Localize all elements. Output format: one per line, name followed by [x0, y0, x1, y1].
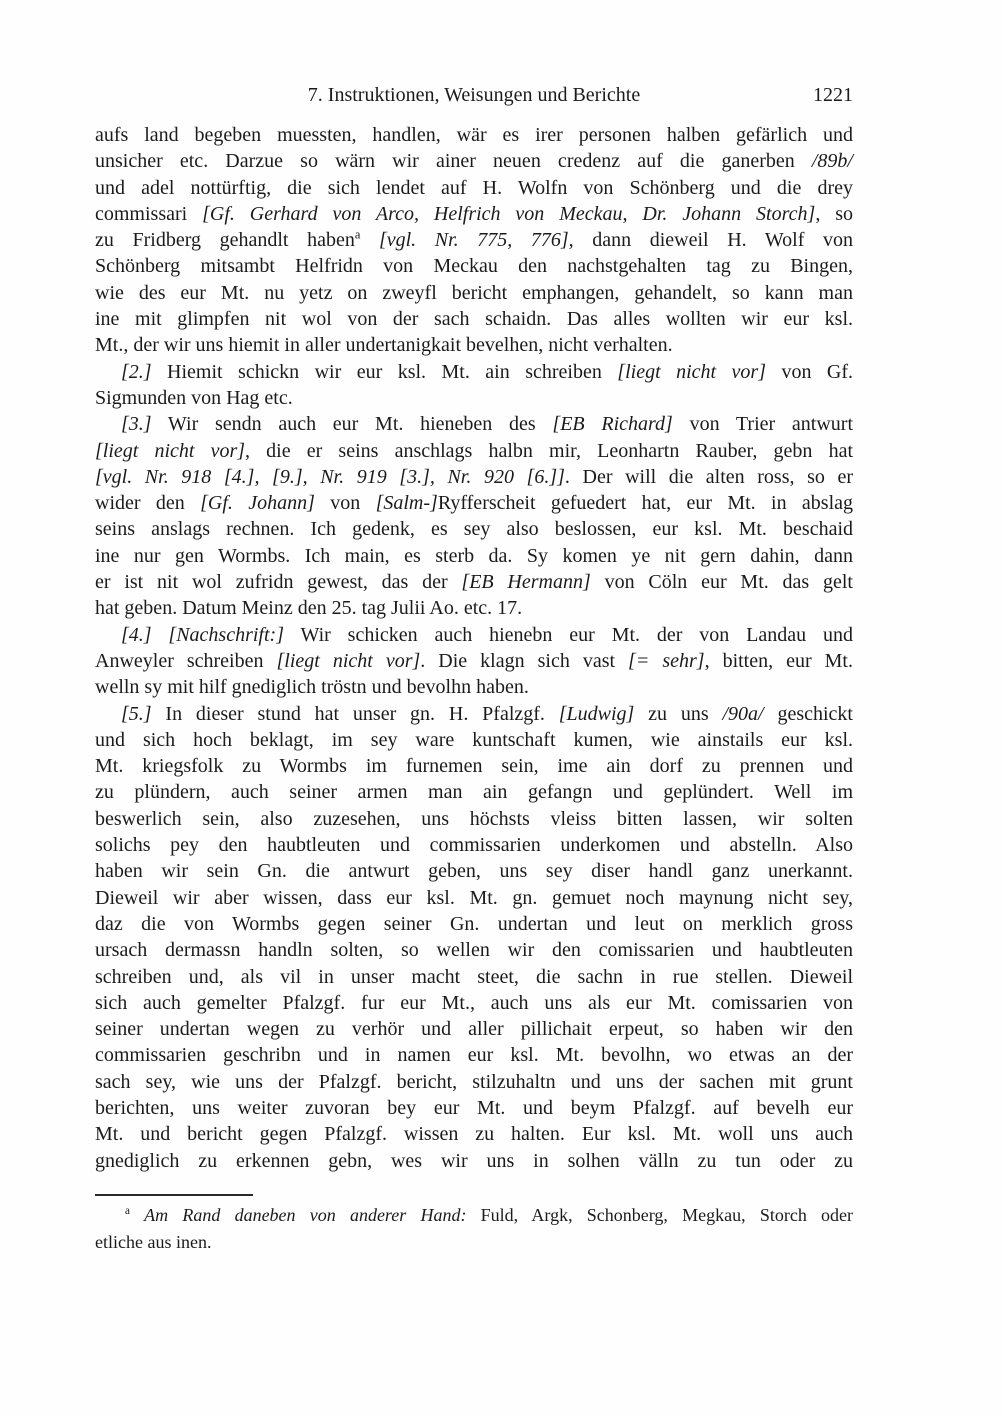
text-line: hat geben. Datum Meinz den 25. tag Julii…: [95, 595, 853, 621]
text-line: Mt., der wir uns hiemit in aller underta…: [95, 332, 853, 358]
text-line: Sigmunden von Hag etc.: [95, 385, 853, 411]
text-line: Anweyler schreiben [liegt nicht vor]. Di…: [95, 648, 853, 674]
text-line: ine mit glimpfen nit wol von der sach sc…: [95, 306, 853, 332]
text-line: Mt. kriegsfolk zu Wormbs im furnemen sei…: [95, 753, 853, 779]
text-line: [3.] Wir sendn auch eur Mt. hieneben des…: [95, 411, 853, 437]
text-line: sach sey, wie uns der Pfalzgf. bericht, …: [95, 1069, 853, 1095]
text-line: wie des eur Mt. nu yetz on zweyfl berich…: [95, 280, 853, 306]
text-line: zu Fridberg gehandlt habena [vgl. Nr. 77…: [95, 227, 853, 253]
text-line: welln sy mit hilf gnediglich tröstn und …: [95, 674, 853, 700]
text-line: solichs pey den haubtleuten und commissa…: [95, 832, 853, 858]
paragraph: [4.] [Nachschrift:] Wir schicken auch hi…: [95, 622, 853, 701]
text-line: [vgl. Nr. 918 [4.], [9.], Nr. 919 [3.], …: [95, 464, 853, 490]
page-header: 7. Instruktionen, Weisungen und Berichte…: [95, 84, 853, 110]
text-line: [4.] [Nachschrift:] Wir schicken auch hi…: [95, 622, 853, 648]
body-text: aufs land begeben muessten, handlen, wär…: [95, 122, 853, 1174]
text-line: daz die von Wormbs gegen seiner Gn. unde…: [95, 911, 853, 937]
text-line: beswerlich sein, also zuzesehen, uns höc…: [95, 806, 853, 832]
text-line: Mt. und bericht gegen Pfalzgf. wissen zu…: [95, 1121, 853, 1147]
text-line: aufs land begeben muessten, handlen, wär…: [95, 122, 853, 148]
text-line: und adel nottürftig, die sich lendet auf…: [95, 175, 853, 201]
text-line: a Am Rand daneben von anderer Hand: Fuld…: [95, 1202, 853, 1229]
footnote-rule: [95, 1194, 253, 1196]
text-line: sich auch gemelter Pfalzgf. fur eur Mt.,…: [95, 990, 853, 1016]
text-line: commissarien geschribn und in namen eur …: [95, 1042, 853, 1068]
paragraph: [2.] Hiemit schickn wir eur ksl. Mt. ain…: [95, 359, 853, 412]
page-number: 1221: [813, 84, 853, 107]
footnote-text: a Am Rand daneben von anderer Hand: Fuld…: [95, 1202, 853, 1256]
text-column: 7. Instruktionen, Weisungen und Berichte…: [95, 0, 853, 1256]
text-line: [5.] In dieser stund hat unser gn. H. Pf…: [95, 701, 853, 727]
section-title: 7. Instruktionen, Weisungen und Berichte: [95, 84, 853, 107]
text-line: ursach dermassn handln solten, so wellen…: [95, 937, 853, 963]
text-line: schreiben und, als vil in unser macht st…: [95, 964, 853, 990]
text-line: berichten, uns weiter zuvoran bey eur Mt…: [95, 1095, 853, 1121]
text-line: er ist nit wol zufridn gewest, das der […: [95, 569, 853, 595]
text-line: wider den [Gf. Johann] von [Salm-]Ryffer…: [95, 490, 853, 516]
text-line: zu plündern, auch seiner armen man ain g…: [95, 779, 853, 805]
text-line: gnediglich zu erkennen gebn, wes wir uns…: [95, 1148, 853, 1174]
text-line: [liegt nicht vor], die er seins anschlag…: [95, 438, 853, 464]
book-page: 7. Instruktionen, Weisungen und Berichte…: [0, 0, 1004, 1418]
text-line: commissari [Gf. Gerhard von Arco, Helfri…: [95, 201, 853, 227]
paragraph: [5.] In dieser stund hat unser gn. H. Pf…: [95, 701, 853, 1174]
text-line: haben wir sein Gn. die antwurt geben, un…: [95, 858, 853, 884]
paragraph: aufs land begeben muessten, handlen, wär…: [95, 122, 853, 359]
paragraph: [3.] Wir sendn auch eur Mt. hieneben des…: [95, 411, 853, 621]
text-line: seiner undertan wegen zu verhör und alle…: [95, 1016, 853, 1042]
text-line: etliche aus inen.: [95, 1229, 853, 1256]
text-line: Dieweil wir aber wissen, dass eur ksl. M…: [95, 885, 853, 911]
text-line: Schönberg mitsambt Helfridn von Meckau d…: [95, 253, 853, 279]
footnote: a Am Rand daneben von anderer Hand: Fuld…: [95, 1194, 853, 1256]
text-line: und sich hoch beklagt, im sey ware kunts…: [95, 727, 853, 753]
paragraph: a Am Rand daneben von anderer Hand: Fuld…: [95, 1202, 853, 1256]
text-line: unsicher etc. Darzue so wärn wir ainer n…: [95, 148, 853, 174]
text-line: ine nur gen Wormbs. Ich main, es sterb d…: [95, 543, 853, 569]
text-line: seins anslags rechnen. Ich gedenk, es se…: [95, 516, 853, 542]
text-line: [2.] Hiemit schickn wir eur ksl. Mt. ain…: [95, 359, 853, 385]
